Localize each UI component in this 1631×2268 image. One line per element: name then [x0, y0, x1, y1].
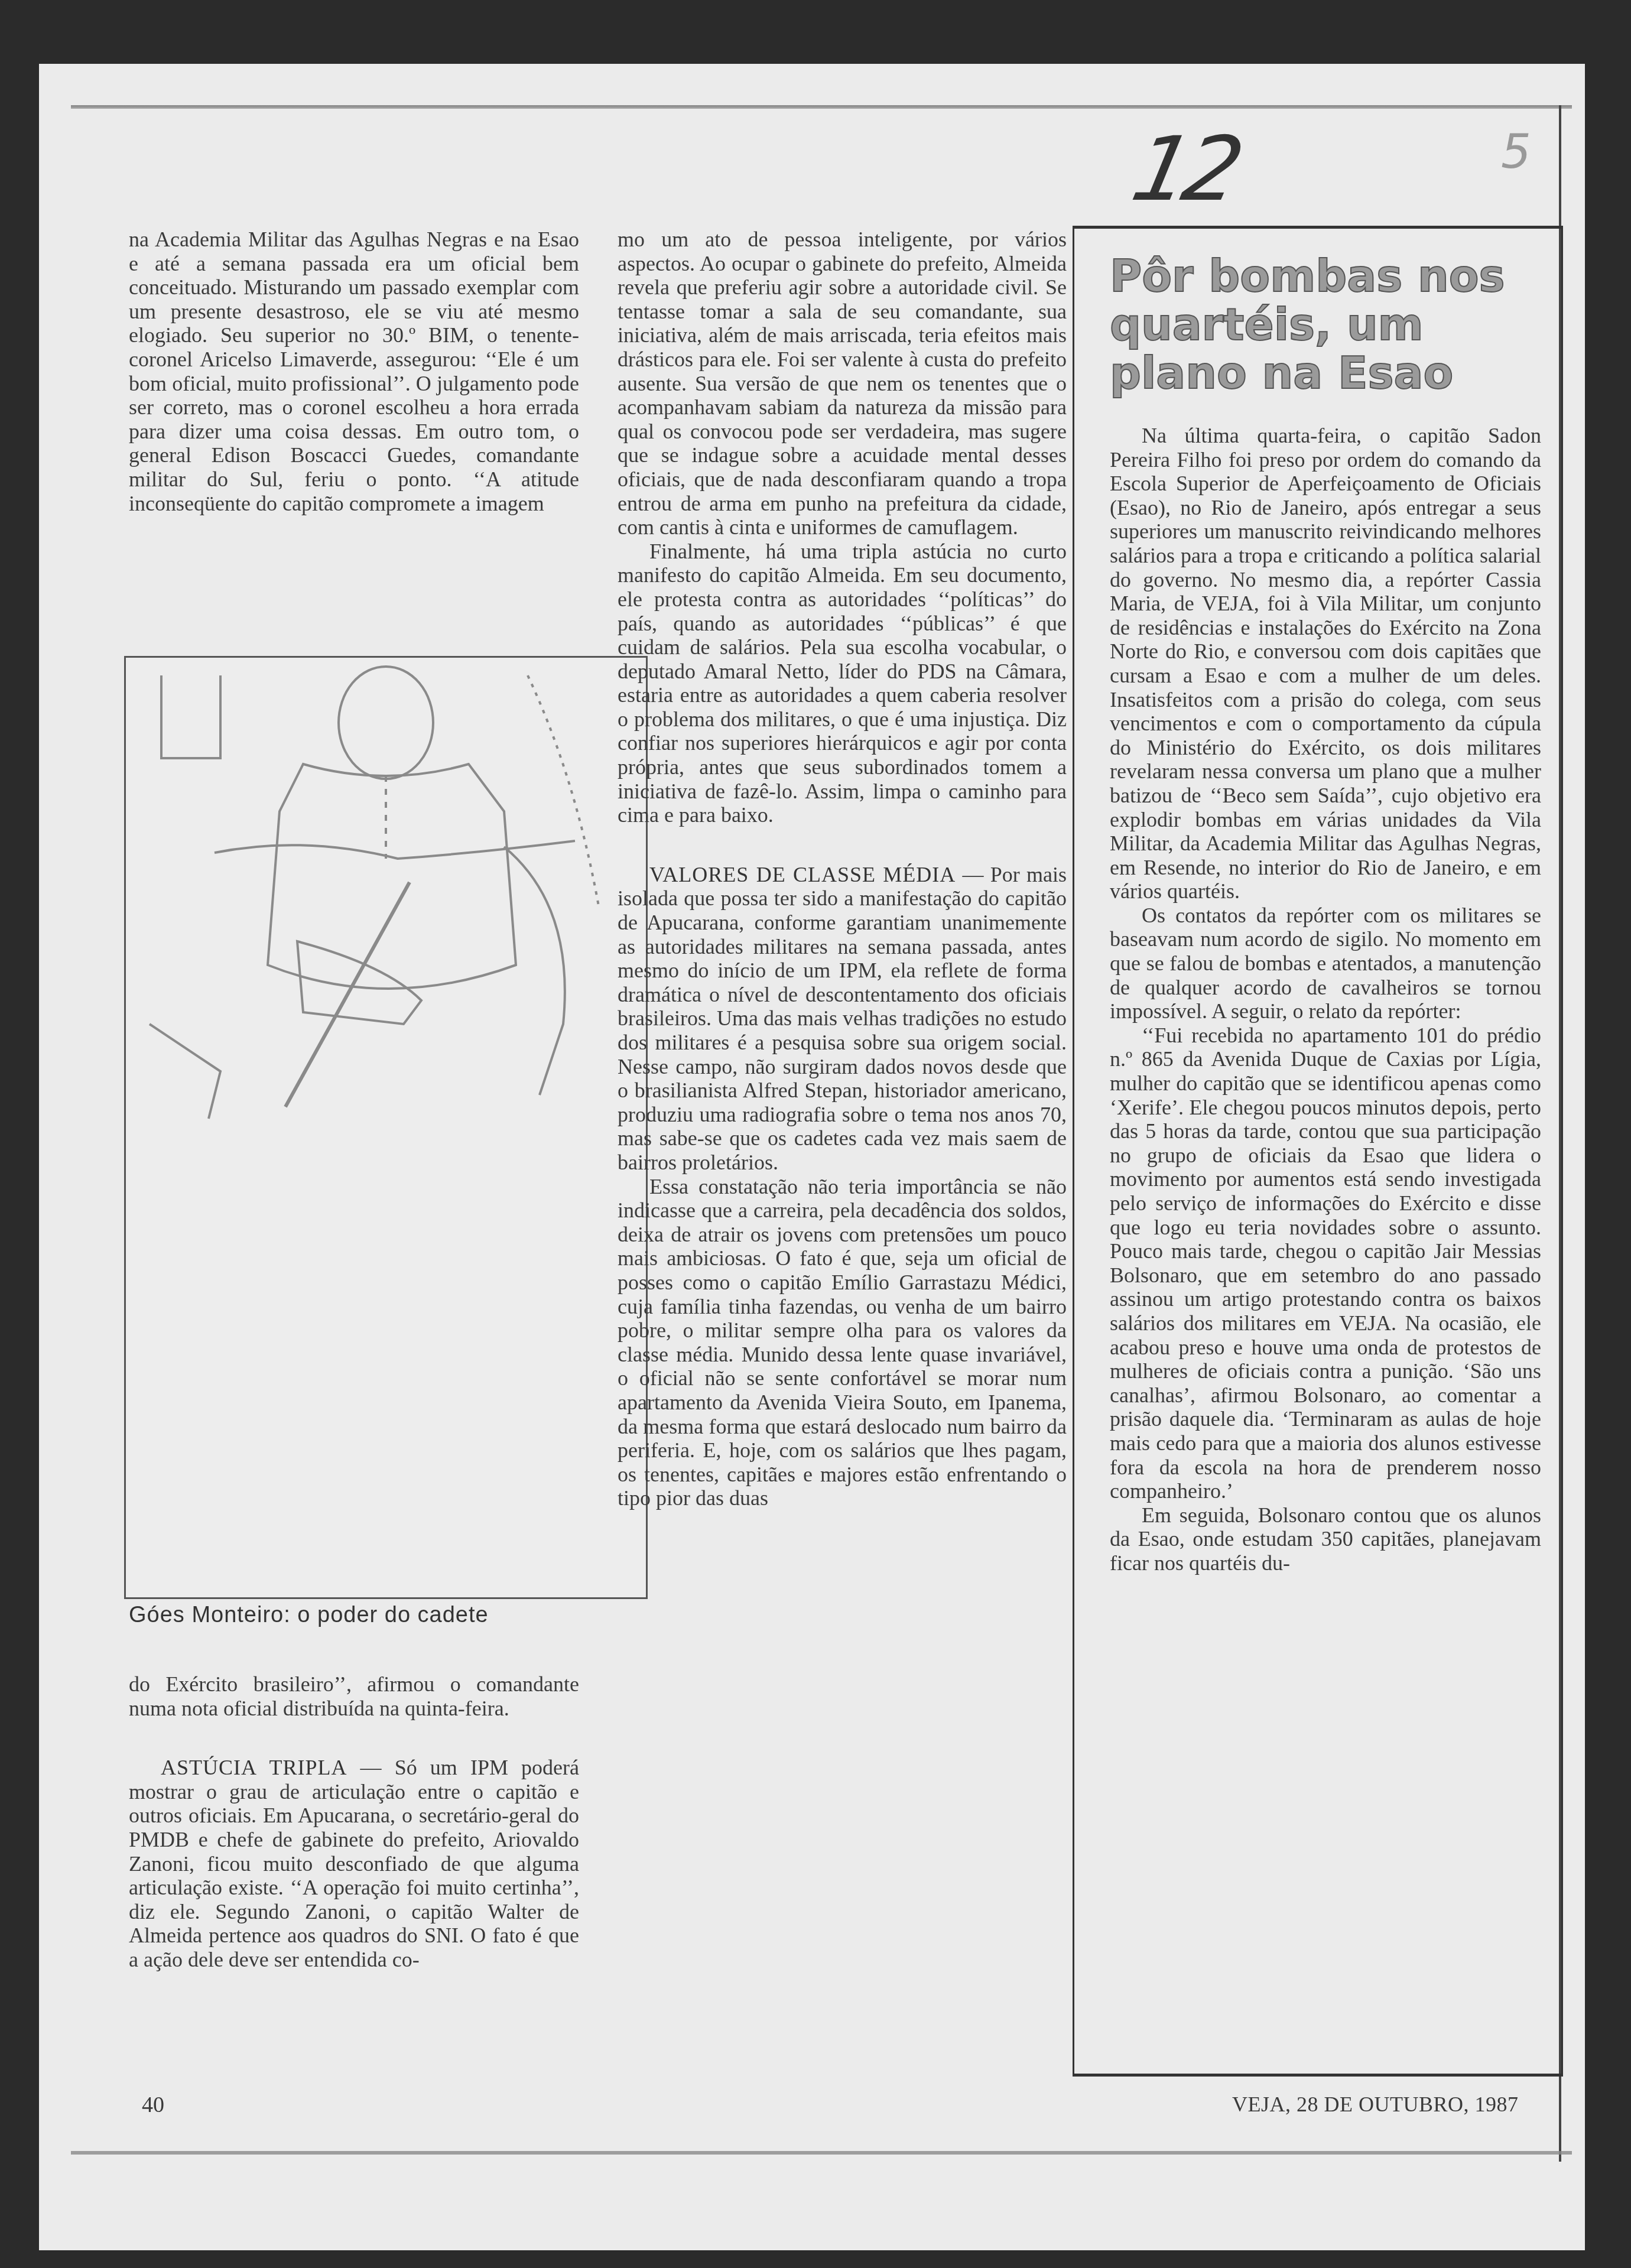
sidebar-body: Na última quarta-feira, o capitão Sadon …	[1110, 424, 1541, 1575]
column-1-bottom: do Exército brasileiro’’, afirmou o coma…	[129, 1672, 579, 1972]
handwritten-corner-number: 5	[1501, 124, 1531, 179]
article-paragraph: na Academia Militar das Agulhas Negras e…	[129, 228, 579, 515]
sidebar-paragraph: Em seguida, Bolsonaro contou que os alun…	[1110, 1503, 1541, 1575]
sidebar-box: Pôr bombas nos quartéis, um plano na Esa…	[1073, 226, 1563, 2077]
sidebar-paragraph: Os contatos da repórter com os militares…	[1110, 904, 1541, 1023]
photo-caption: Góes Monteiro: o poder do cadete	[129, 1603, 489, 1628]
page-number: 40	[142, 2092, 164, 2118]
column-1-top: na Academia Militar das Agulhas Negras e…	[129, 228, 579, 515]
portrait-illustration-icon	[126, 658, 646, 1597]
article-paragraph: Essa constatação não teria importância s…	[618, 1175, 1067, 1510]
section-subhead: ASTÚCIA TRIPLA	[161, 1756, 347, 1779]
sidebar-headline: Pôr bombas nos quartéis, um plano na Esa…	[1110, 252, 1535, 398]
article-paragraph: do Exército brasileiro’’, afirmou o coma…	[129, 1672, 579, 1720]
top-rule	[71, 105, 1572, 109]
article-paragraph: mo um ato de pessoa inteligente, por vár…	[618, 228, 1067, 540]
column-2: mo um ato de pessoa inteligente, por vár…	[618, 228, 1067, 1510]
section-subhead: VALORES DE CLASSE MÉDIA	[649, 863, 956, 886]
sidebar-paragraph: ‘‘Fui recebida no apartamento 101 do pré…	[1110, 1023, 1541, 1503]
article-paragraph: Finalmente, há uma tripla astúcia no cur…	[618, 540, 1067, 827]
photo-goes-monteiro	[124, 656, 648, 1599]
publication-dateline: VEJA, 28 DE OUTUBRO, 1987	[1232, 2092, 1519, 2117]
article-paragraph: ASTÚCIA TRIPLA — Só um IPM poderá mostra…	[129, 1756, 579, 1971]
sidebar-paragraph: Na última quarta-feira, o capitão Sadon …	[1110, 424, 1541, 904]
bottom-rule	[71, 2151, 1572, 2155]
article-paragraph: VALORES DE CLASSE MÉDIA — Por mais isola…	[618, 863, 1067, 1175]
